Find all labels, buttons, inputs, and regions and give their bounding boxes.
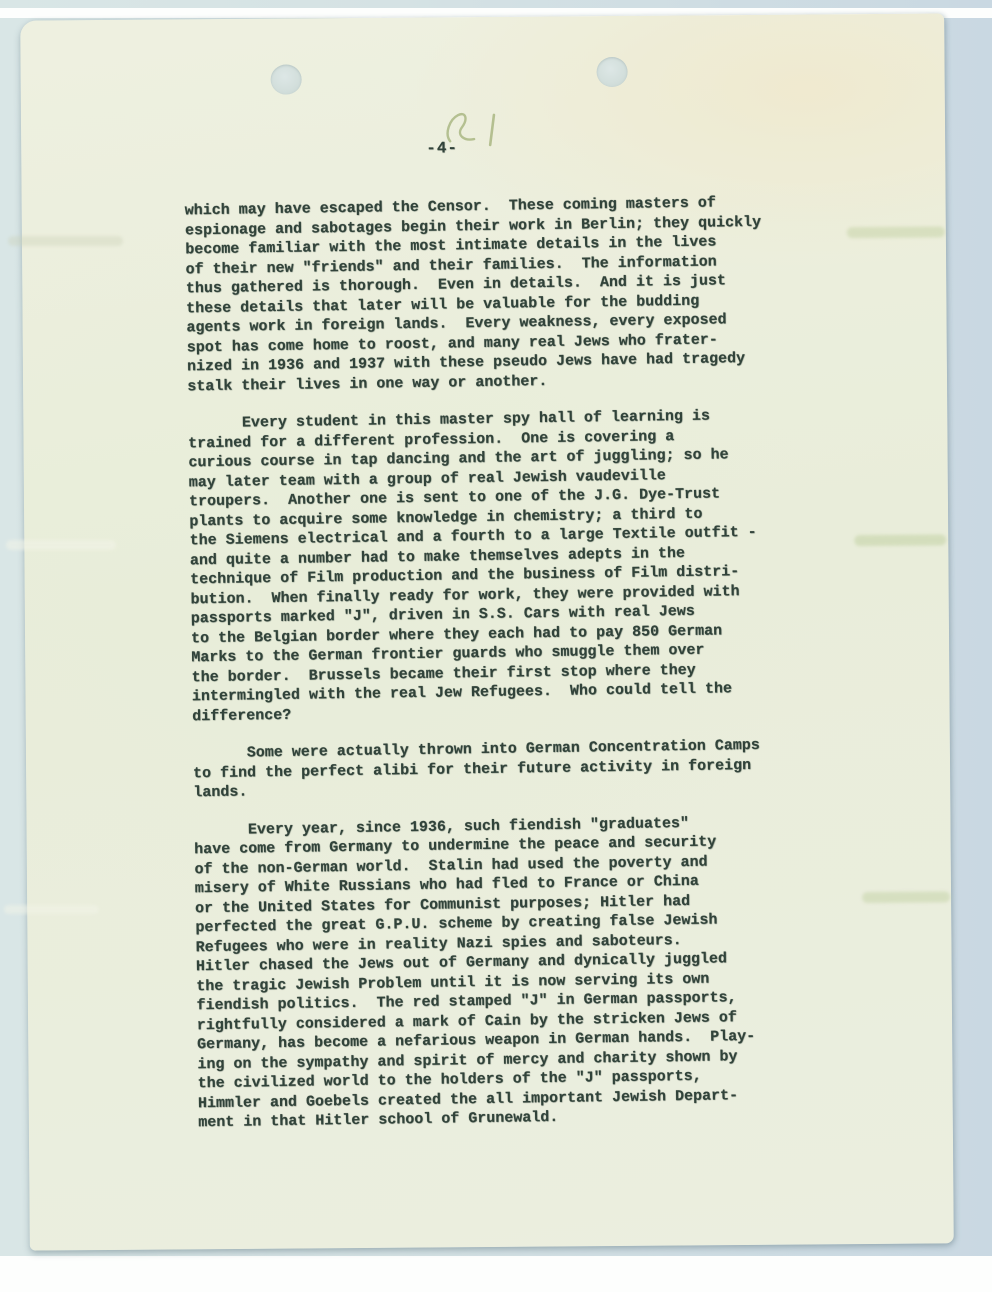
page-number: -4-	[426, 139, 458, 157]
edge-smudge	[854, 534, 946, 546]
edge-smudge	[6, 540, 116, 550]
paragraph: Every student in this master spy hall of…	[188, 405, 803, 726]
paragraph: Some were actually thrown into German Co…	[193, 735, 804, 803]
scanner-strip-bottom	[0, 1256, 992, 1292]
edge-smudge	[4, 905, 99, 914]
document-page: -4- which may have escaped the Censor. T…	[20, 13, 954, 1250]
punch-hole-right-icon	[596, 57, 627, 87]
paragraph: which may have escaped the Censor. These…	[185, 192, 798, 396]
typewritten-text: which may have escaped the Censor. These…	[185, 192, 809, 1150]
edge-smudge	[8, 236, 123, 246]
punch-hole-left-icon	[271, 64, 302, 94]
paragraph: Every year, since 1936, such fiendish "g…	[194, 812, 809, 1133]
edge-smudge	[862, 891, 950, 903]
edge-smudge	[847, 226, 945, 238]
scanned-document: { "colors":{ "ink":"#31433a", "paper":"#…	[0, 0, 992, 1292]
